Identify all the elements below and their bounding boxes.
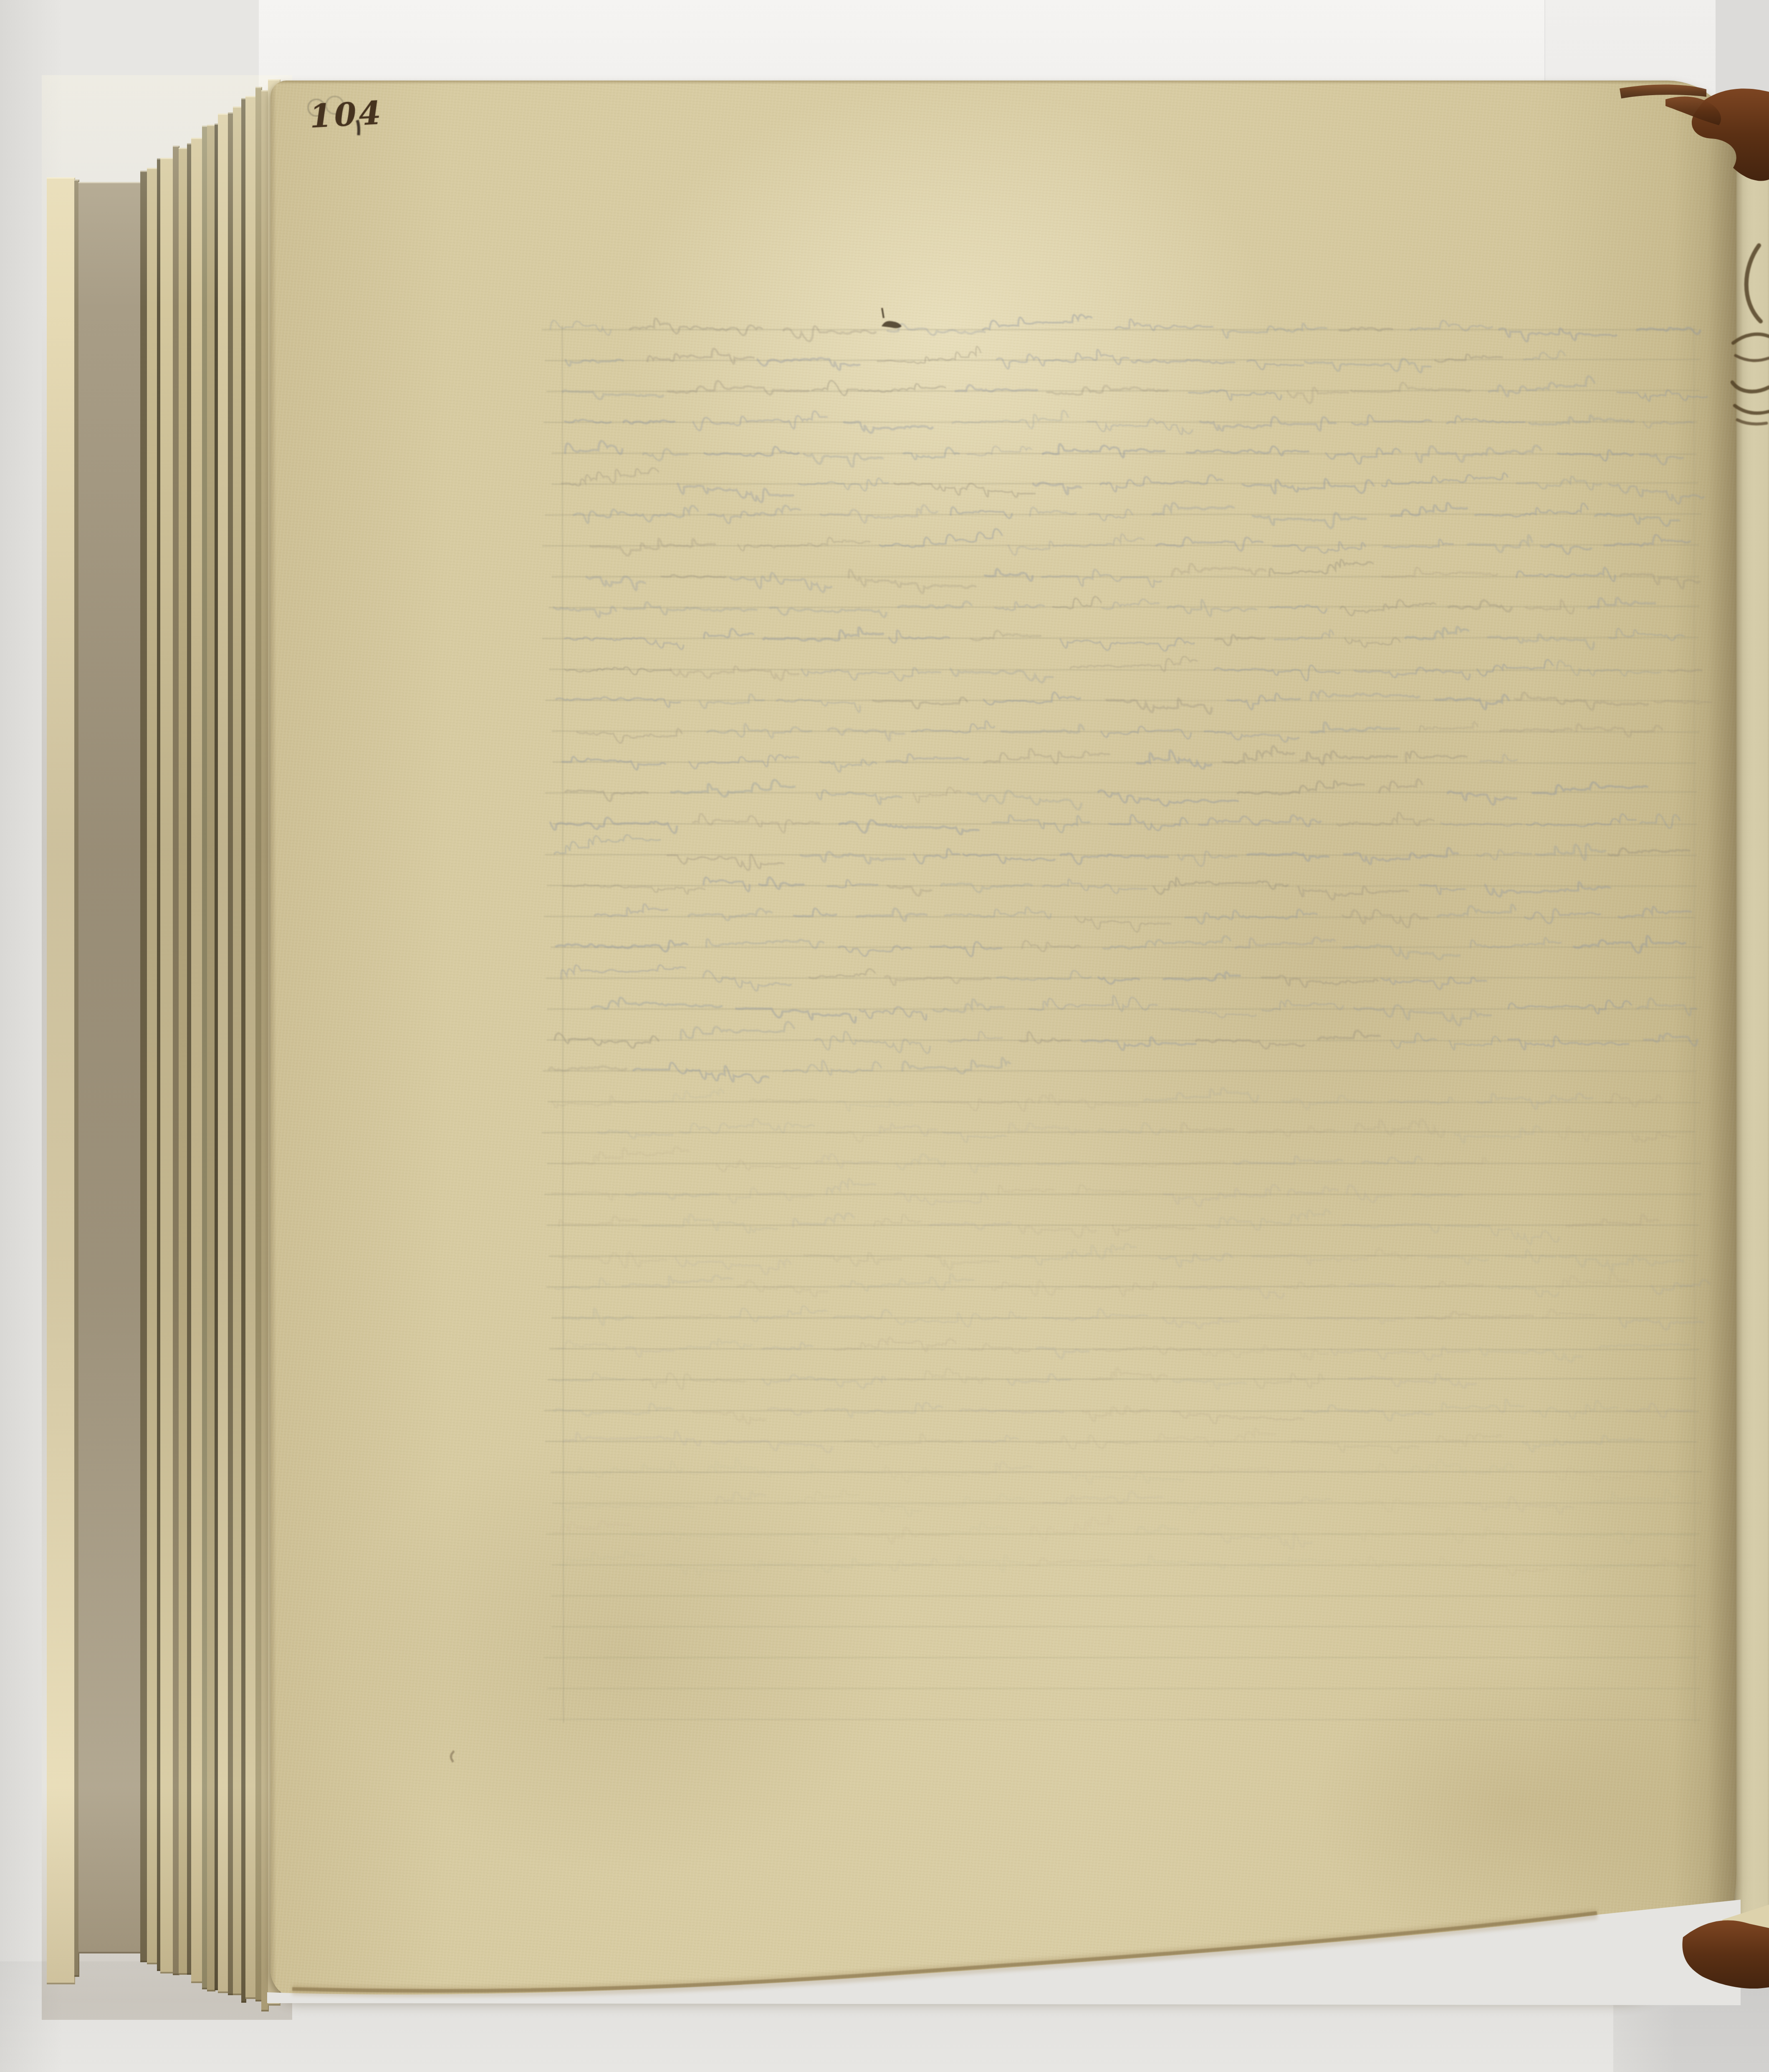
- page-edge-strip: [78, 182, 141, 1953]
- page-edge-strip: [147, 168, 158, 1965]
- folio-number: 104: [308, 91, 402, 141]
- page-edge-strip: [160, 158, 174, 1974]
- page-edge-strip: [191, 138, 203, 1984]
- page-edge-strip: [218, 114, 229, 1993]
- page-edge-stack: [0, 0, 292, 2072]
- page-edge-strip: [207, 125, 215, 1991]
- page-edge-strip: [233, 106, 242, 1995]
- manuscript-photograph: 104: [0, 0, 1769, 2072]
- page-edge-strip: [245, 96, 256, 1999]
- page-edge-strip: [179, 148, 188, 1975]
- manuscript-page: [270, 81, 1736, 1999]
- page-edge-strip: [47, 177, 75, 1984]
